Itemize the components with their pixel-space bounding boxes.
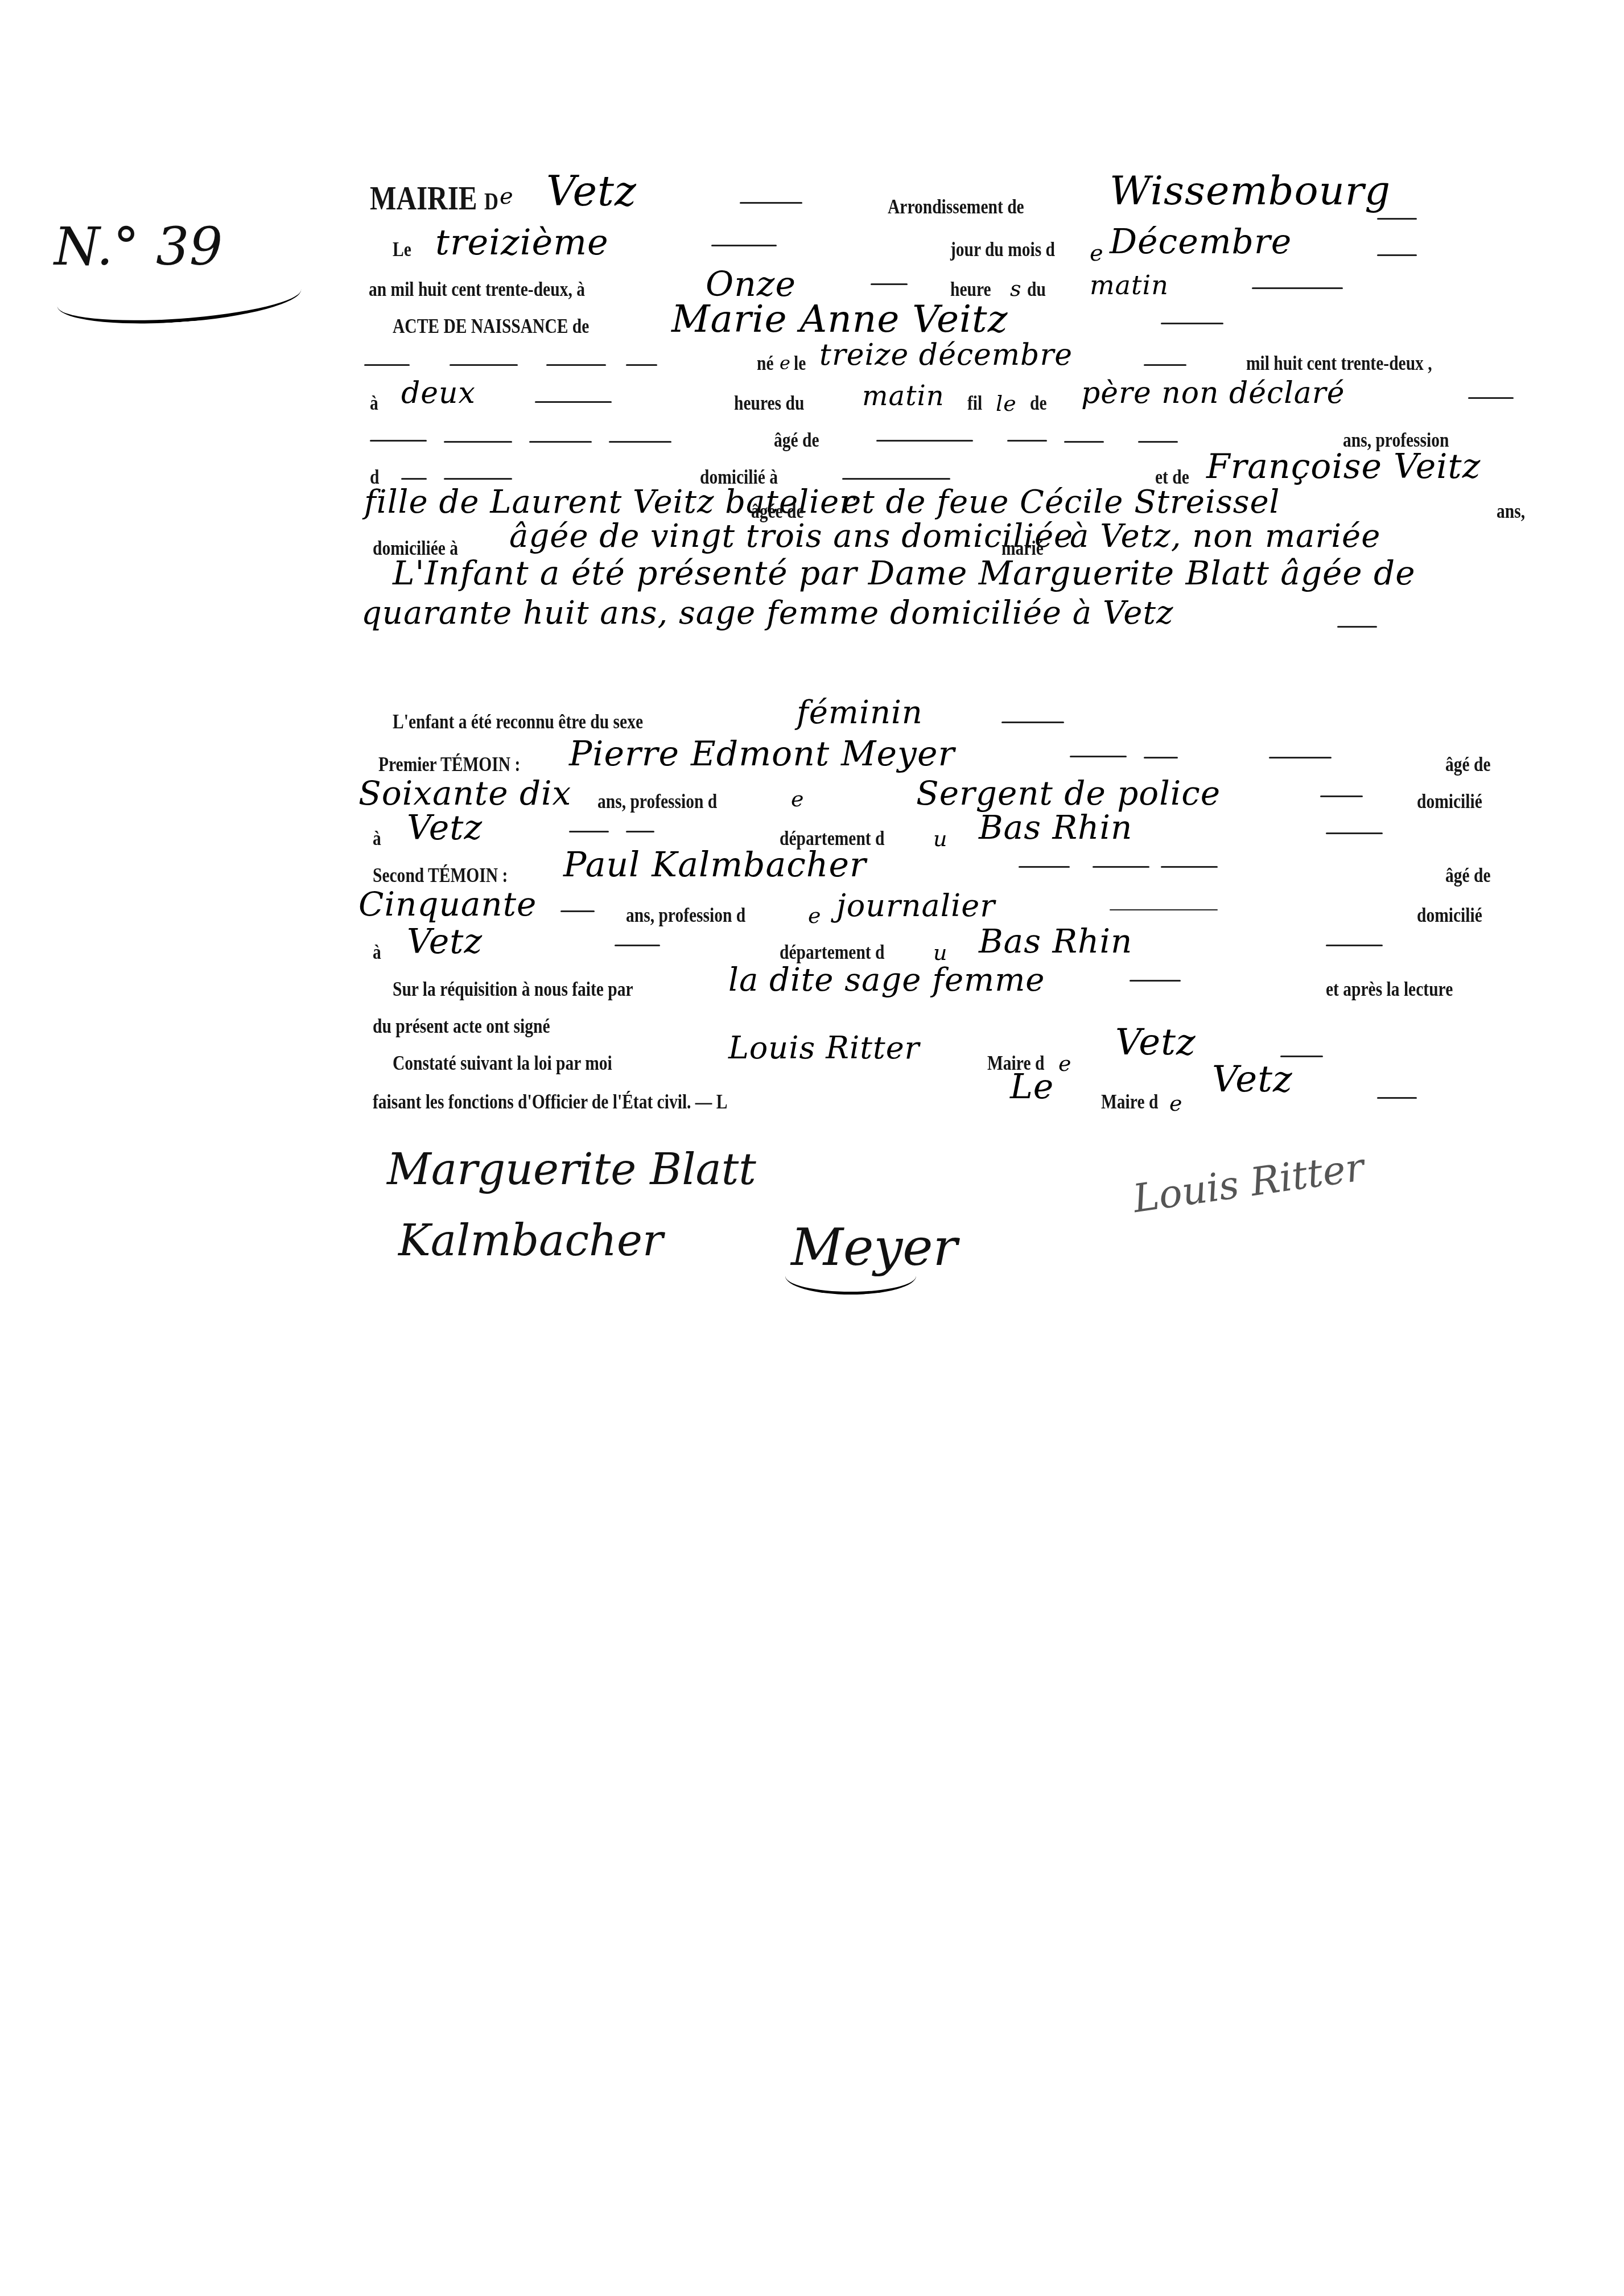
blank-dash (740, 202, 802, 204)
blank-dash (626, 831, 654, 832)
signe-label: du présent acte ont signé (373, 1016, 550, 1036)
blank-dash (569, 831, 609, 832)
witness1-name: Pierre Edmont Meyer (569, 737, 955, 771)
blank-dash (711, 245, 777, 246)
witness2-departement-label: département d (780, 942, 884, 962)
mairie-suffix: e (500, 185, 514, 208)
an-label: an mil huit cent trente-deux, à (369, 279, 585, 299)
blank-dash (444, 441, 512, 443)
le-label: Le (393, 239, 411, 259)
blank-dash (1377, 1097, 1417, 1099)
blank-dash (529, 441, 592, 443)
age-de-label: âgé de (774, 430, 819, 450)
blank-dash (535, 401, 612, 403)
witness1-departement-suffix: u (933, 828, 947, 850)
de-label: de (1030, 393, 1047, 413)
heure-label: heure (950, 279, 991, 299)
heures-du-label: heures du (734, 393, 804, 413)
blank-dash (876, 440, 973, 442)
period-value: matin (1090, 272, 1169, 298)
blank-dash (1337, 626, 1377, 628)
arrondissement-label: Arrondissement de (888, 196, 1024, 217)
presented-line-2: quarante huit ans, sage femme domiciliée… (361, 597, 1173, 629)
witness2-age: Cinquante (358, 888, 537, 921)
requisition-value: la dite sage femme (728, 964, 1045, 996)
mother-detail-2: et de feue Cécile Streissel (842, 487, 1280, 518)
blank-dash (1377, 254, 1417, 256)
heure-suffix: s (1010, 278, 1022, 299)
le-maire-suffix: e (1169, 1093, 1183, 1114)
blank-dash (1130, 980, 1181, 982)
blank-dash (1320, 795, 1363, 797)
nee-label: né (757, 353, 774, 373)
blank-dash (1019, 866, 1070, 868)
le-maire-label: Maire d (1101, 1091, 1158, 1112)
signature-witness2: Kalmbacher (398, 1215, 663, 1266)
blank-dash (1070, 756, 1127, 757)
father-value: père non déclaré (1081, 378, 1345, 408)
blank-dash (626, 364, 657, 366)
witness2-a-label: à (373, 942, 381, 962)
blank-dash (1326, 945, 1383, 946)
witness1-age: Soixante dix (358, 777, 571, 810)
blank-dash (1144, 364, 1186, 366)
ans-label: ans, (1497, 501, 1525, 521)
sex-label: L'enfant a été reconnu être du sexe (393, 711, 643, 732)
witness1-residence: Vetz (407, 811, 483, 845)
mairie-value: Vetz (546, 171, 637, 212)
blank-dash (444, 478, 512, 480)
blank-dash (1377, 218, 1417, 220)
birth-date-value: treize décembre (819, 340, 1073, 370)
blank-dash (1007, 440, 1047, 442)
signature-flourish (785, 1258, 916, 1295)
hour-value: Onze (706, 267, 796, 302)
birth-hour-value: deux (401, 378, 476, 408)
witness2-label: Second TÉMOIN : (373, 865, 508, 885)
apres-label: et après la lecture (1326, 979, 1453, 999)
blank-dash (609, 441, 671, 443)
witness1-profession: Sergent de police (916, 777, 1221, 810)
blank-dash (546, 364, 606, 366)
constate-label: Constaté suivant la loi par moi (393, 1053, 612, 1073)
blank-dash (615, 945, 660, 946)
fils-suffix: le (996, 393, 1017, 414)
blank-dash (364, 364, 410, 366)
presented-line-1: L'Infant a été présenté par Dame Marguer… (393, 557, 1416, 590)
le2-label: le (794, 353, 806, 373)
mayor-name: Louis Ritter (728, 1033, 920, 1064)
jour-suffix: e (1090, 242, 1104, 265)
witness2-name: Paul Kalmbacher (563, 848, 867, 882)
fils-label: fil (967, 393, 982, 413)
blank-dash (871, 283, 908, 285)
witness2-departement: Bas Rhin (979, 925, 1132, 958)
witness2-profession: journalier (836, 891, 995, 921)
witness2-profession-label: ans, profession d (626, 905, 745, 925)
year-label: mil huit cent trente-deux , (1246, 353, 1432, 373)
blank-dash (370, 440, 427, 442)
day-value: treizième (435, 225, 609, 260)
witness2-departement-suffix: u (933, 942, 947, 963)
signature-midwife: Marguerite Blatt (387, 1144, 756, 1194)
child-name: Marie Anne Veitz (671, 300, 1008, 338)
witness1-a-label: à (373, 828, 381, 848)
witness1-domicilie-label: domicilié (1417, 791, 1482, 811)
witness2-age-label: âgé de (1445, 865, 1491, 885)
witness2-profession-suffix: e (808, 905, 822, 926)
mairie-label: MAIRIE d (370, 181, 498, 215)
blank-dash (1144, 757, 1178, 759)
witness2-residence: Vetz (407, 925, 483, 959)
arrondissement-value: Wissembourg (1110, 171, 1391, 211)
sex-value: féminin (797, 697, 923, 729)
witness1-profession-suffix: e (791, 788, 805, 810)
le-maire-commune: Vetz (1212, 1061, 1293, 1098)
blank-dash (1252, 287, 1343, 289)
blank-dash (1468, 397, 1514, 399)
mother-value: Françoise Veitz (1206, 450, 1481, 484)
blank-dash (1269, 757, 1332, 759)
maire-suffix: e (1058, 1053, 1072, 1074)
mother-age-value: âgée de vingt trois ans domiciliée (509, 521, 1073, 553)
blank-dash (1110, 909, 1218, 910)
witness1-profession-label: ans, profession d (597, 791, 717, 811)
blank-dash (1138, 441, 1178, 443)
month-value: Décembre (1110, 225, 1292, 259)
du-label: du (1027, 279, 1046, 299)
signature-mayor: Louis Ritter (1130, 1145, 1367, 1222)
blank-dash (1093, 866, 1149, 868)
witness1-age-label: âgé de (1445, 754, 1491, 774)
blank-dash (401, 478, 427, 480)
blank-dash (1064, 441, 1104, 443)
witness1-departement: Bas Rhin (979, 811, 1132, 844)
blank-dash (450, 364, 518, 366)
acte-label: ACTE DE NAISSANCE de (393, 316, 589, 336)
fonctions-label: faisant les fonctions d'Officier de l'Ét… (373, 1091, 727, 1112)
mother-residence-value: à Vetz, non mariée (1070, 521, 1380, 553)
blank-dash (1280, 1056, 1323, 1057)
birth-certificate-page: N.° 39 MAIRIE d e Vetz Arrondissement de… (0, 0, 1624, 2296)
a-label: à (370, 393, 378, 413)
witness2-domicilie-label: domicilié (1417, 905, 1482, 925)
jour-label: jour du mois d (950, 239, 1055, 259)
witness1-label: Premier TÉMOIN : (378, 754, 520, 774)
blank-dash (1001, 722, 1064, 723)
blank-dash (842, 478, 950, 480)
blank-dash (1326, 832, 1383, 834)
le-maire-prefix: Le (1010, 1070, 1054, 1104)
nee-suffix: e (780, 354, 791, 372)
blank-dash (1161, 866, 1218, 868)
blank-dash (560, 910, 595, 912)
maire-commune: Vetz (1115, 1024, 1196, 1061)
blank-dash (1161, 323, 1223, 324)
margin-number: N.° 39 (54, 216, 222, 277)
birth-period-value: matin (862, 382, 945, 410)
requisition-label: Sur la réquisition à nous faite par (393, 979, 633, 999)
